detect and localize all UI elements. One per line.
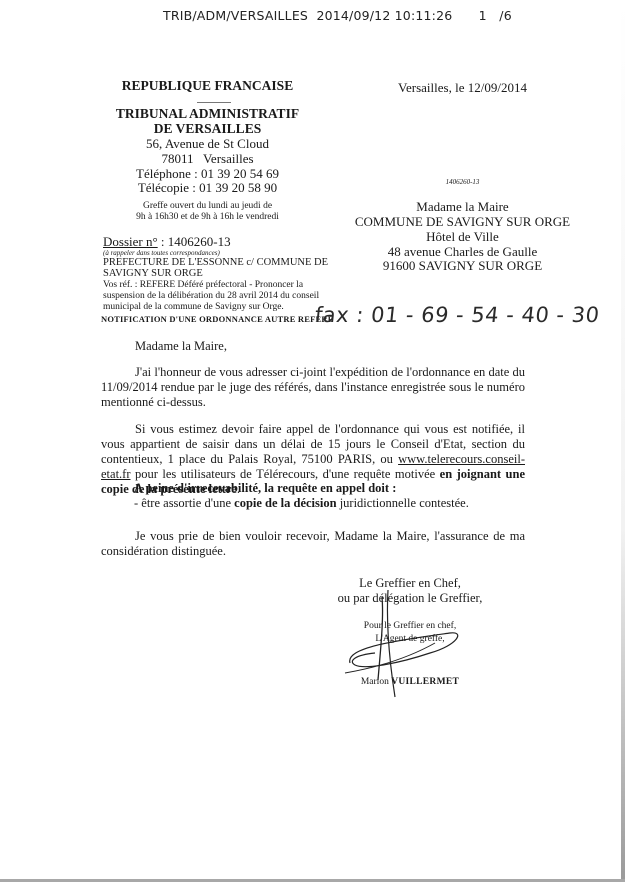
handwritten-signature-icon <box>340 585 470 700</box>
dossier-label: Dossier n° <box>103 234 158 249</box>
irrecevabilite-warning: A peine d'irrecevabilité, la requête en … <box>134 481 469 511</box>
vos-ref-line3: municipal de la commune de Savigny sur O… <box>103 302 284 312</box>
fax-timestamp: 2014/09/12 10:11:26 <box>316 8 452 23</box>
closing-text: Je vous prie de bien vouloir recevoir, M… <box>101 529 525 558</box>
recipient-organization: COMMUNE DE SAVIGNY SUR ORGE <box>340 214 585 230</box>
salutation: Madame la Maire, <box>135 339 227 354</box>
closing-paragraph: Je vous prie de bien vouloir recevoir, M… <box>101 529 525 559</box>
fax-page-total: /6 <box>499 8 512 23</box>
recipient-building: Hôtel de Ville <box>340 229 585 245</box>
tribunal-fax: Télécopie : 01 39 20 58 90 <box>100 180 315 196</box>
warning-item-pre: - être assortie d'une <box>134 496 234 510</box>
republic-heading: REPUBLIQUE FRANCAISE <box>100 78 315 94</box>
tribunal-name-line2: DE VERSAILLES <box>100 121 315 137</box>
recipient-city: 91600 SAVIGNY SUR ORGE <box>340 258 585 274</box>
dossier-reference: Dossier n° : 1406260-13 <box>103 234 231 250</box>
body-paragraph-1: J'ai l'honneur de vous adresser ci-joint… <box>101 365 525 410</box>
case-parties-line1: PREFECTURE DE L'ESSONNE c/ COMMUNE DE <box>103 257 328 268</box>
warning-item-bold: copie de la décision <box>234 496 336 510</box>
heading-divider <box>197 102 231 103</box>
vos-ref-line2: suspension de la délibération du 28 avri… <box>103 291 319 301</box>
dossier-reminder: (à rappeler dans toutes correspondances) <box>103 249 220 257</box>
vos-ref-line1: Vos réf. : REFERE Déféré préfectoral - P… <box>103 280 303 290</box>
tribunal-street: 56, Avenue de St Cloud <box>100 136 315 152</box>
recipient-case-ref: 1406260-13 <box>340 178 585 186</box>
paragraph-2-text-b: pour les utilisateurs de Télérecours, d'… <box>131 467 440 481</box>
greffe-hours-line1: Greffe ouvert du lundi au jeudi de <box>100 201 315 211</box>
tribunal-city: 78011 Versailles <box>100 151 315 167</box>
warning-item-post: juridictionnelle contestée. <box>337 496 469 510</box>
warning-heading: A peine d'irrecevabilité, la requête en … <box>134 481 469 496</box>
place-and-date: Versailles, le 12/09/2014 <box>340 80 585 96</box>
notification-type: NOTIFICATION D'UNE ORDONNANCE AUTRE REFE… <box>101 314 334 324</box>
dossier-number: : 1406260-13 <box>158 234 231 249</box>
case-parties-line2: SAVIGNY SUR ORGE <box>103 268 203 279</box>
paragraph-1-text: J'ai l'honneur de vous adresser ci-joint… <box>101 365 525 409</box>
fax-page-number: 1 <box>479 8 487 23</box>
tribunal-name-line1: TRIBUNAL ADMINISTRATIF <box>100 106 315 122</box>
fax-transmission-header: TRIB/ADM/VERSAILLES 2014/09/12 10:11:26 … <box>163 8 512 23</box>
scan-right-edge <box>621 0 625 882</box>
handwritten-fax-number: fax : 01 - 69 - 54 - 40 - 30 <box>314 303 601 327</box>
warning-item: - être assortie d'une copie de la décisi… <box>134 496 469 511</box>
fax-sender: TRIB/ADM/VERSAILLES <box>163 8 308 23</box>
recipient-name: Madame la Maire <box>340 199 585 215</box>
greffe-hours-line2: 9h à 16h30 et de 9h à 16h le vendredi <box>100 212 315 222</box>
